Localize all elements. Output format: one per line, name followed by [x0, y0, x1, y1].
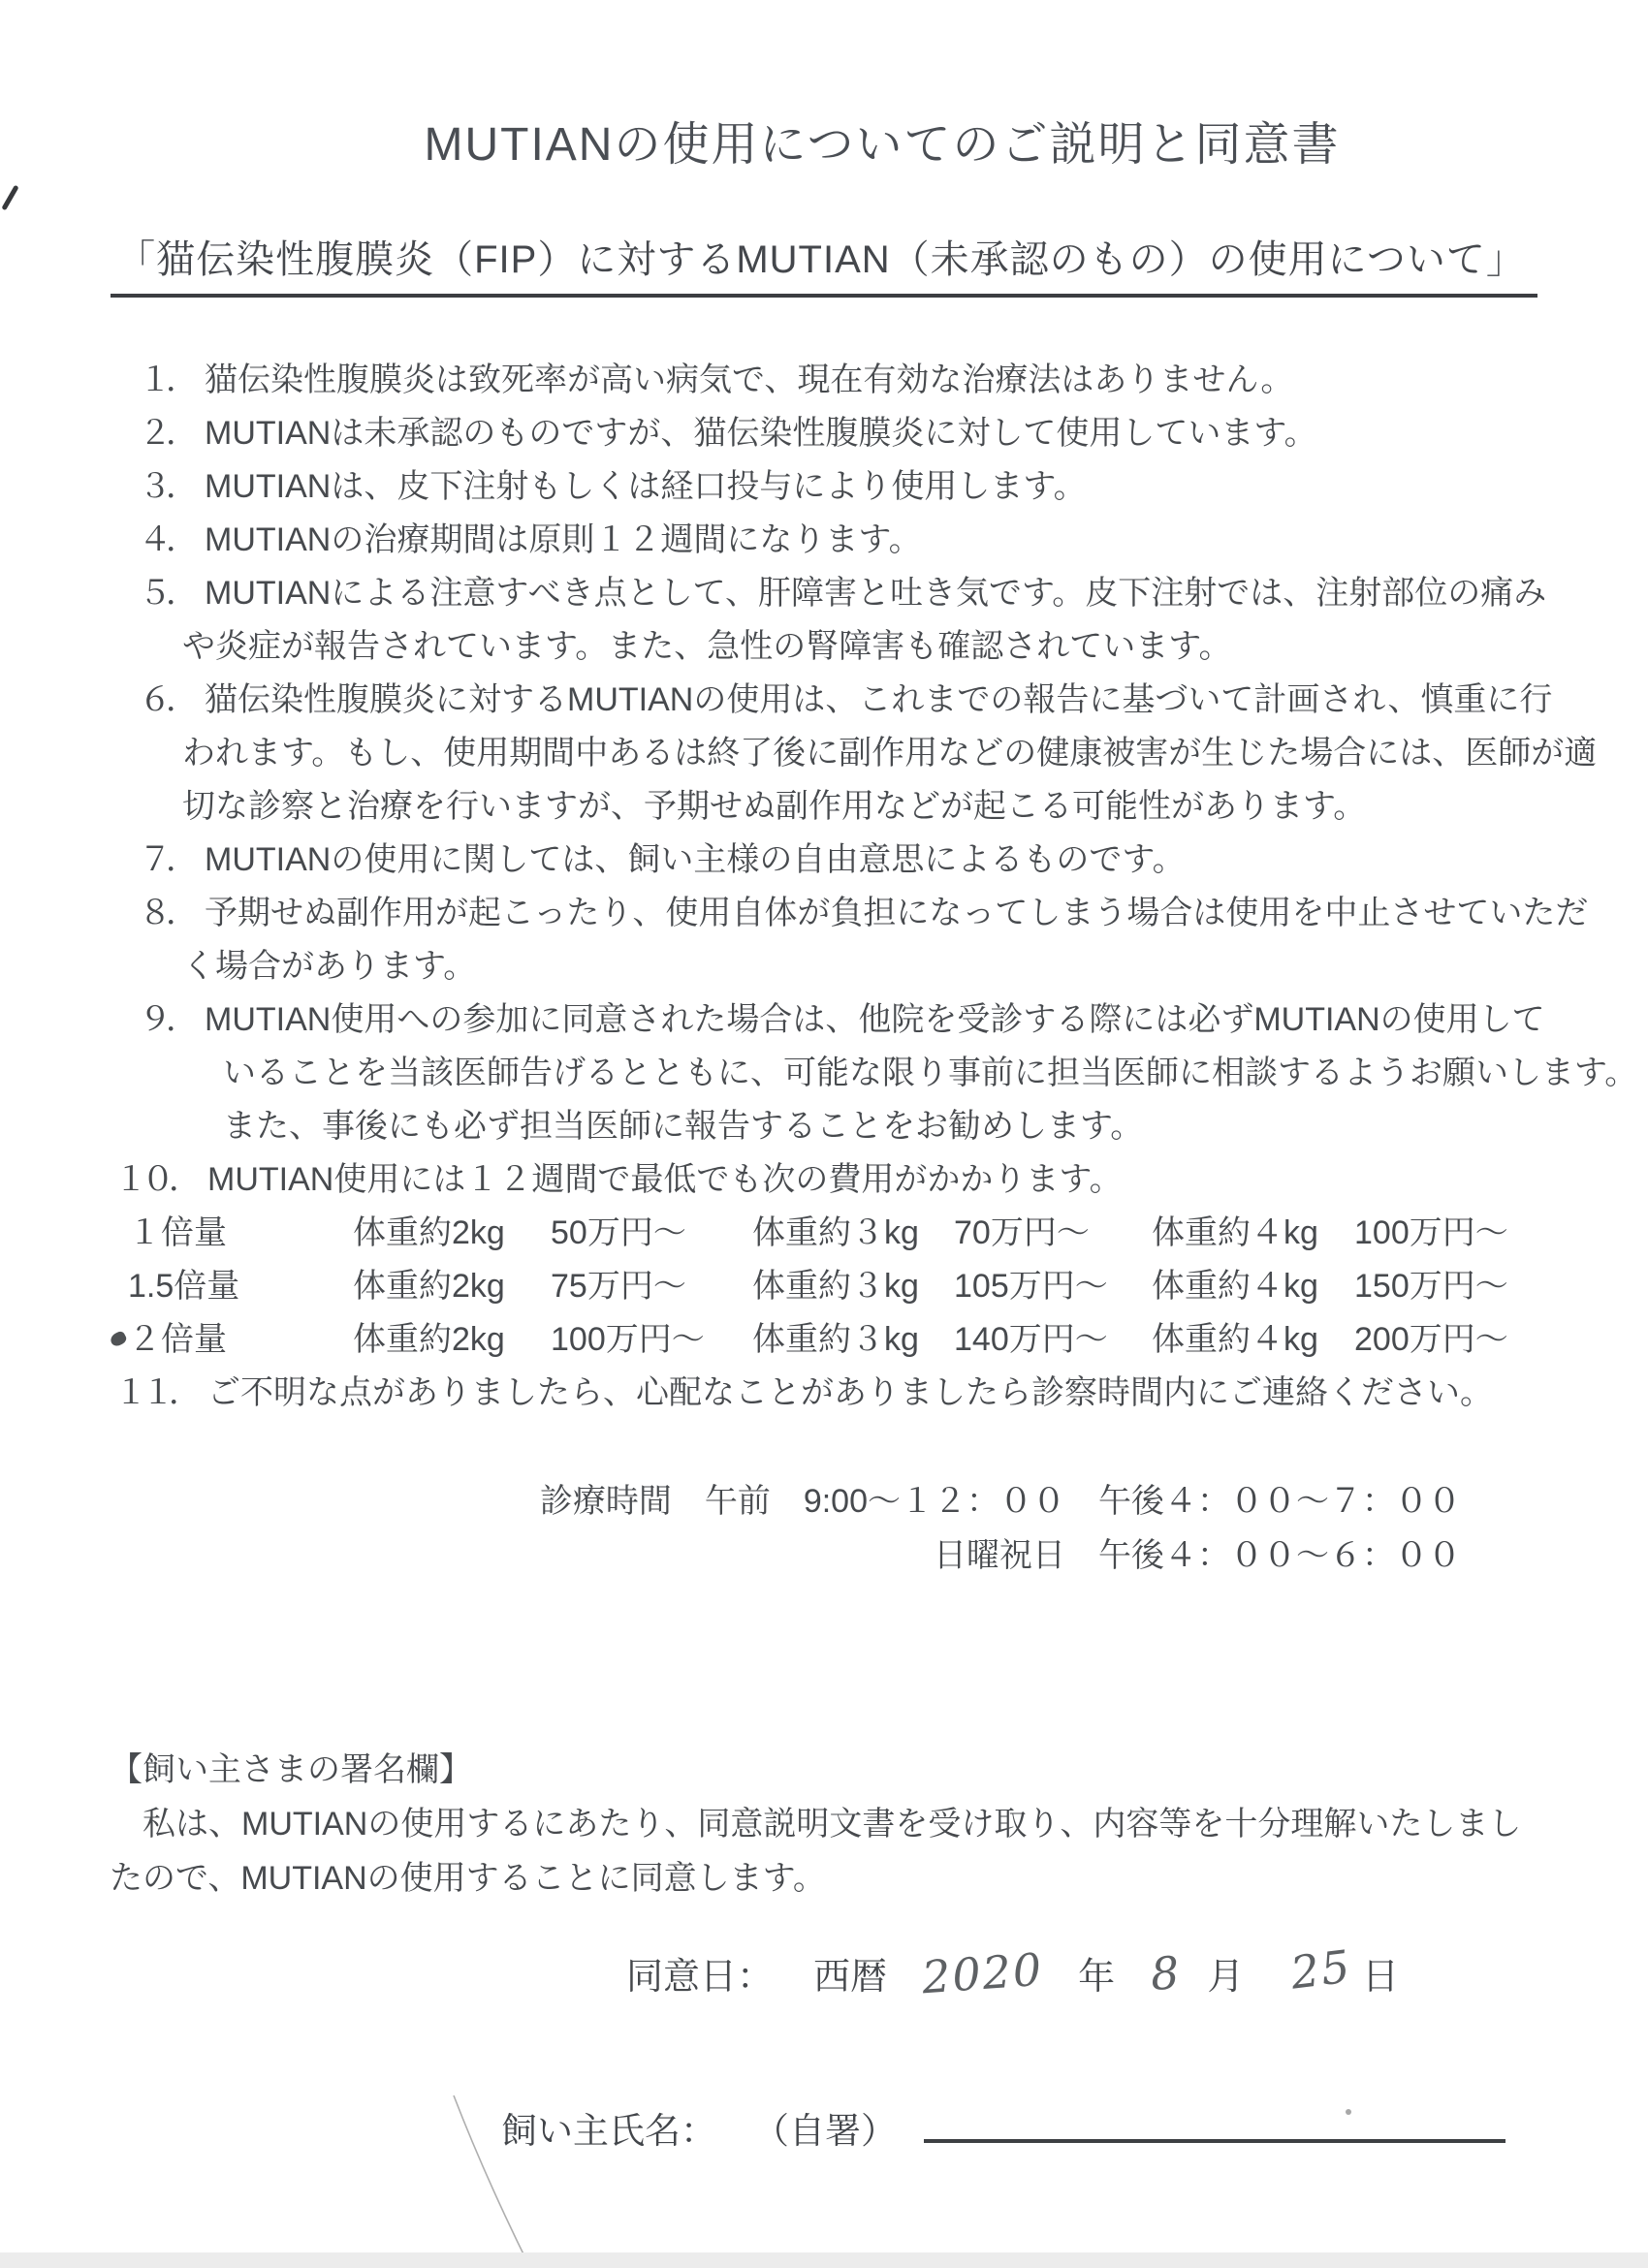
price-row-1x: １倍量 体重約2kg 50万円～ 体重約３kg 70万円～ 体重約４kg 100… — [0, 1207, 1648, 1260]
item-text: 猫伝染性腹膜炎に対するMUTIANの使用は、これまでの報告に基づいて計画され、慎… — [205, 681, 1552, 718]
document-subtitle-row: 「猫伝染性腹膜炎（FIP）に対するMUTIAN（未承認のもの）の使用について」 — [0, 229, 1648, 298]
price-2kg: 100万円～ — [551, 1313, 752, 1367]
list-item-6-continuation: 切な診察と治療を行いますが、予期せぬ副作用などが起こる可能性があります。 — [0, 780, 1648, 834]
item-text: ご不明な点がありましたら、心配なことがありましたら診察時間内にご連絡ください。 — [207, 1374, 1493, 1411]
item-text: MUTIAN使用への参加に同意された場合は、他院を受診する際には必ずMUTIAN… — [205, 1001, 1545, 1038]
list-item-3: ３．MUTIANは、皮下注射もしくは経口投与により使用します。 — [0, 460, 1648, 514]
price-3kg: 140万円～ — [954, 1313, 1152, 1367]
dose-label: １倍量 — [128, 1207, 353, 1260]
list-item-6-continuation: われます。もし、使用期間中あるは終了後に副作用などの健康被害が生じた場合には、医… — [0, 727, 1648, 780]
item-number: ６． — [139, 674, 193, 727]
price-4kg: 150万円～ — [1354, 1260, 1508, 1313]
day-unit-label: 日 — [1362, 1946, 1399, 2000]
list-item-8: ８．予期せぬ副作用が起こったり、使用自体が負担になってしまう場合は使用を中止させ… — [0, 887, 1648, 940]
list-item-5: ５．MUTIANによる注意すべき点として、肝障害と吐き気です。皮下注射では、注射… — [0, 567, 1648, 620]
price-row-1-5x: 1.5倍量 体重約2kg 75万円～ 体重約３kg 105万円～ 体重約４kg … — [0, 1260, 1648, 1313]
weight-4kg-label: 体重約４kg — [1152, 1207, 1354, 1260]
item-number: ４． — [139, 514, 193, 567]
handwritten-day-value: 25 — [1288, 1939, 1355, 1999]
list-item-11: １１．ご不明な点がありましたら、心配なことがありましたら診察時間内にご連絡くださ… — [0, 1367, 1648, 1420]
price-3kg: 105万円～ — [954, 1260, 1152, 1313]
list-item-7: ７．MUTIANの使用に関しては、飼い主様の自由意思によるものです。 — [0, 834, 1648, 887]
list-item-6: ６．猫伝染性腹膜炎に対するMUTIANの使用は、これまでの報告に基づいて計画され… — [0, 674, 1648, 727]
item-number: １０． — [114, 1153, 196, 1207]
pen-tick-mark — [1, 185, 18, 211]
list-item-9-continuation: また、事後にも必ず担当医師に報告することをお勧めします。 — [0, 1100, 1648, 1153]
year-unit-label: 年 — [1078, 1946, 1115, 2000]
weight-3kg-label: 体重約３kg — [752, 1313, 954, 1367]
signature-section-heading: 【飼い主さまの署名欄】 — [110, 1743, 1521, 1797]
price-row-2x: ２倍量 体重約2kg 100万円～ 体重約３kg 140万円～ 体重約４kg 2… — [0, 1313, 1648, 1367]
document-title: MUTIANの使用についてのご説明と同意書 — [58, 107, 1648, 173]
price-2kg: 50万円～ — [551, 1207, 752, 1260]
month-unit-label: 月 — [1207, 1946, 1244, 2000]
numbered-item-list: １．猫伝染性腹膜炎は致死率が高い病気で、現在有効な治療法はありません。 ２．MU… — [0, 354, 1648, 1420]
consent-date-label: 同意日： — [626, 1946, 774, 2000]
weight-4kg-label: 体重約４kg — [1152, 1313, 1354, 1367]
handwritten-year-value: 2020 — [920, 1943, 1045, 2004]
era-label: 西暦 — [813, 1946, 887, 2000]
price-4kg: 100万円～ — [1354, 1207, 1508, 1260]
consent-statement-line: 私は、MUTIANの使用するにあたり、同意説明文書を受け取り、内容等を十分理解い… — [110, 1797, 1521, 1851]
item-text: MUTIANによる注意すべき点として、肝障害と吐き気です。皮下注射では、注射部位… — [205, 575, 1546, 612]
weight-3kg-label: 体重約３kg — [752, 1207, 954, 1260]
handwritten-month-value: 8 — [1149, 1946, 1183, 2000]
item-text: 予期せぬ副作用が起こったり、使用自体が負担になってしまう場合は使用を中止させてい… — [205, 895, 1588, 931]
item-number: ５． — [139, 567, 193, 620]
scan-edge-shadow — [0, 2252, 1648, 2268]
scanned-consent-document: MUTIANの使用についてのご説明と同意書 「猫伝染性腹膜炎（FIP）に対するM… — [0, 0, 1648, 2268]
item-text: MUTIANは、皮下注射もしくは経口投与により使用します。 — [205, 468, 1087, 505]
list-item-2: ２．MUTIANは未承認のものですが、猫伝染性腹膜炎に対して使用しています。 — [0, 407, 1648, 460]
item-text: MUTIANの治療期間は原則１２週間になります。 — [205, 521, 922, 558]
weight-4kg-label: 体重約４kg — [1152, 1260, 1354, 1313]
item-number: ３． — [139, 460, 193, 514]
document-subtitle: 「猫伝染性腹膜炎（FIP）に対するMUTIAN（未承認のもの）の使用について」 — [111, 229, 1537, 298]
item-number: ９． — [139, 993, 193, 1047]
item-number: １１． — [114, 1367, 196, 1420]
price-2kg: 75万円～ — [551, 1260, 752, 1313]
clinic-hours-weekday: 診療時間 午前 9:00～１２：００ 午後４：００～７：００ — [540, 1474, 1461, 1528]
item-text: MUTIAN使用には１２週間で最低でも次の費用がかかります。 — [207, 1161, 1123, 1198]
weight-2kg-label: 体重約2kg — [353, 1260, 551, 1313]
item-text: MUTIANは未承認のものですが、猫伝染性腹膜炎に対して使用しています。 — [205, 415, 1317, 452]
item-text: 猫伝染性腹膜炎は致死率が高い病気で、現在有効な治療法はありません。 — [205, 362, 1293, 398]
dose-label: 1.5倍量 — [128, 1260, 353, 1313]
pen-dot-mark — [1346, 2109, 1351, 2115]
scan-crease-artifact — [417, 2084, 553, 2268]
price-4kg: 200万円～ — [1354, 1313, 1508, 1367]
item-number: ７． — [139, 834, 193, 887]
list-item-8-continuation: く場合があります。 — [0, 940, 1648, 993]
list-item-9-continuation: いることを当該医師告げるとともに、可能な限り事前に担当医師に相談するようお願いし… — [0, 1047, 1648, 1100]
item-number: １． — [139, 354, 193, 407]
clinic-hours-block: 診療時間 午前 9:00～１２：００ 午後４：００～７：００ 日曜祝日 午後４：… — [540, 1474, 1461, 1583]
item-number: ８． — [139, 887, 193, 940]
list-item-5-continuation: や炎症が報告されています。また、急性の腎障害も確認されています。 — [0, 620, 1648, 674]
item-number: ２． — [139, 407, 193, 460]
weight-2kg-label: 体重約2kg — [353, 1207, 551, 1260]
owner-name-row: 飼い主氏名： （自署） — [501, 2098, 1505, 2154]
signature-blank-line — [924, 2098, 1505, 2143]
weight-2kg-label: 体重約2kg — [353, 1313, 551, 1367]
item-text: MUTIANの使用に関しては、飼い主様の自由意思によるものです。 — [205, 841, 1186, 878]
consent-statement-line: たので、MUTIANの使用することに同意します。 — [110, 1851, 1521, 1906]
dose-label: ２倍量 — [128, 1313, 353, 1367]
self-sign-label: （自署） — [753, 2101, 897, 2154]
price-3kg: 70万円～ — [954, 1207, 1152, 1260]
consent-date-row: 同意日： 西暦 2020 年 8 月 25 日 — [626, 1946, 1399, 2000]
weight-3kg-label: 体重約３kg — [752, 1260, 954, 1313]
list-item-10: １０．MUTIAN使用には１２週間で最低でも次の費用がかかります。 — [0, 1153, 1648, 1207]
list-item-9: ９．MUTIAN使用への参加に同意された場合は、他院を受診する際には必ずMUTI… — [0, 993, 1648, 1047]
list-item-1: １．猫伝染性腹膜炎は致死率が高い病気で、現在有効な治療法はありません。 — [0, 354, 1648, 407]
owner-signature-section: 【飼い主さまの署名欄】 私は、MUTIANの使用するにあたり、同意説明文書を受け… — [110, 1743, 1521, 1906]
clinic-hours-sunday-holiday: 日曜祝日 午後４：００～６：００ — [540, 1528, 1461, 1583]
pen-check-mark — [109, 1330, 128, 1348]
list-item-4: ４．MUTIANの治療期間は原則１２週間になります。 — [0, 514, 1648, 567]
